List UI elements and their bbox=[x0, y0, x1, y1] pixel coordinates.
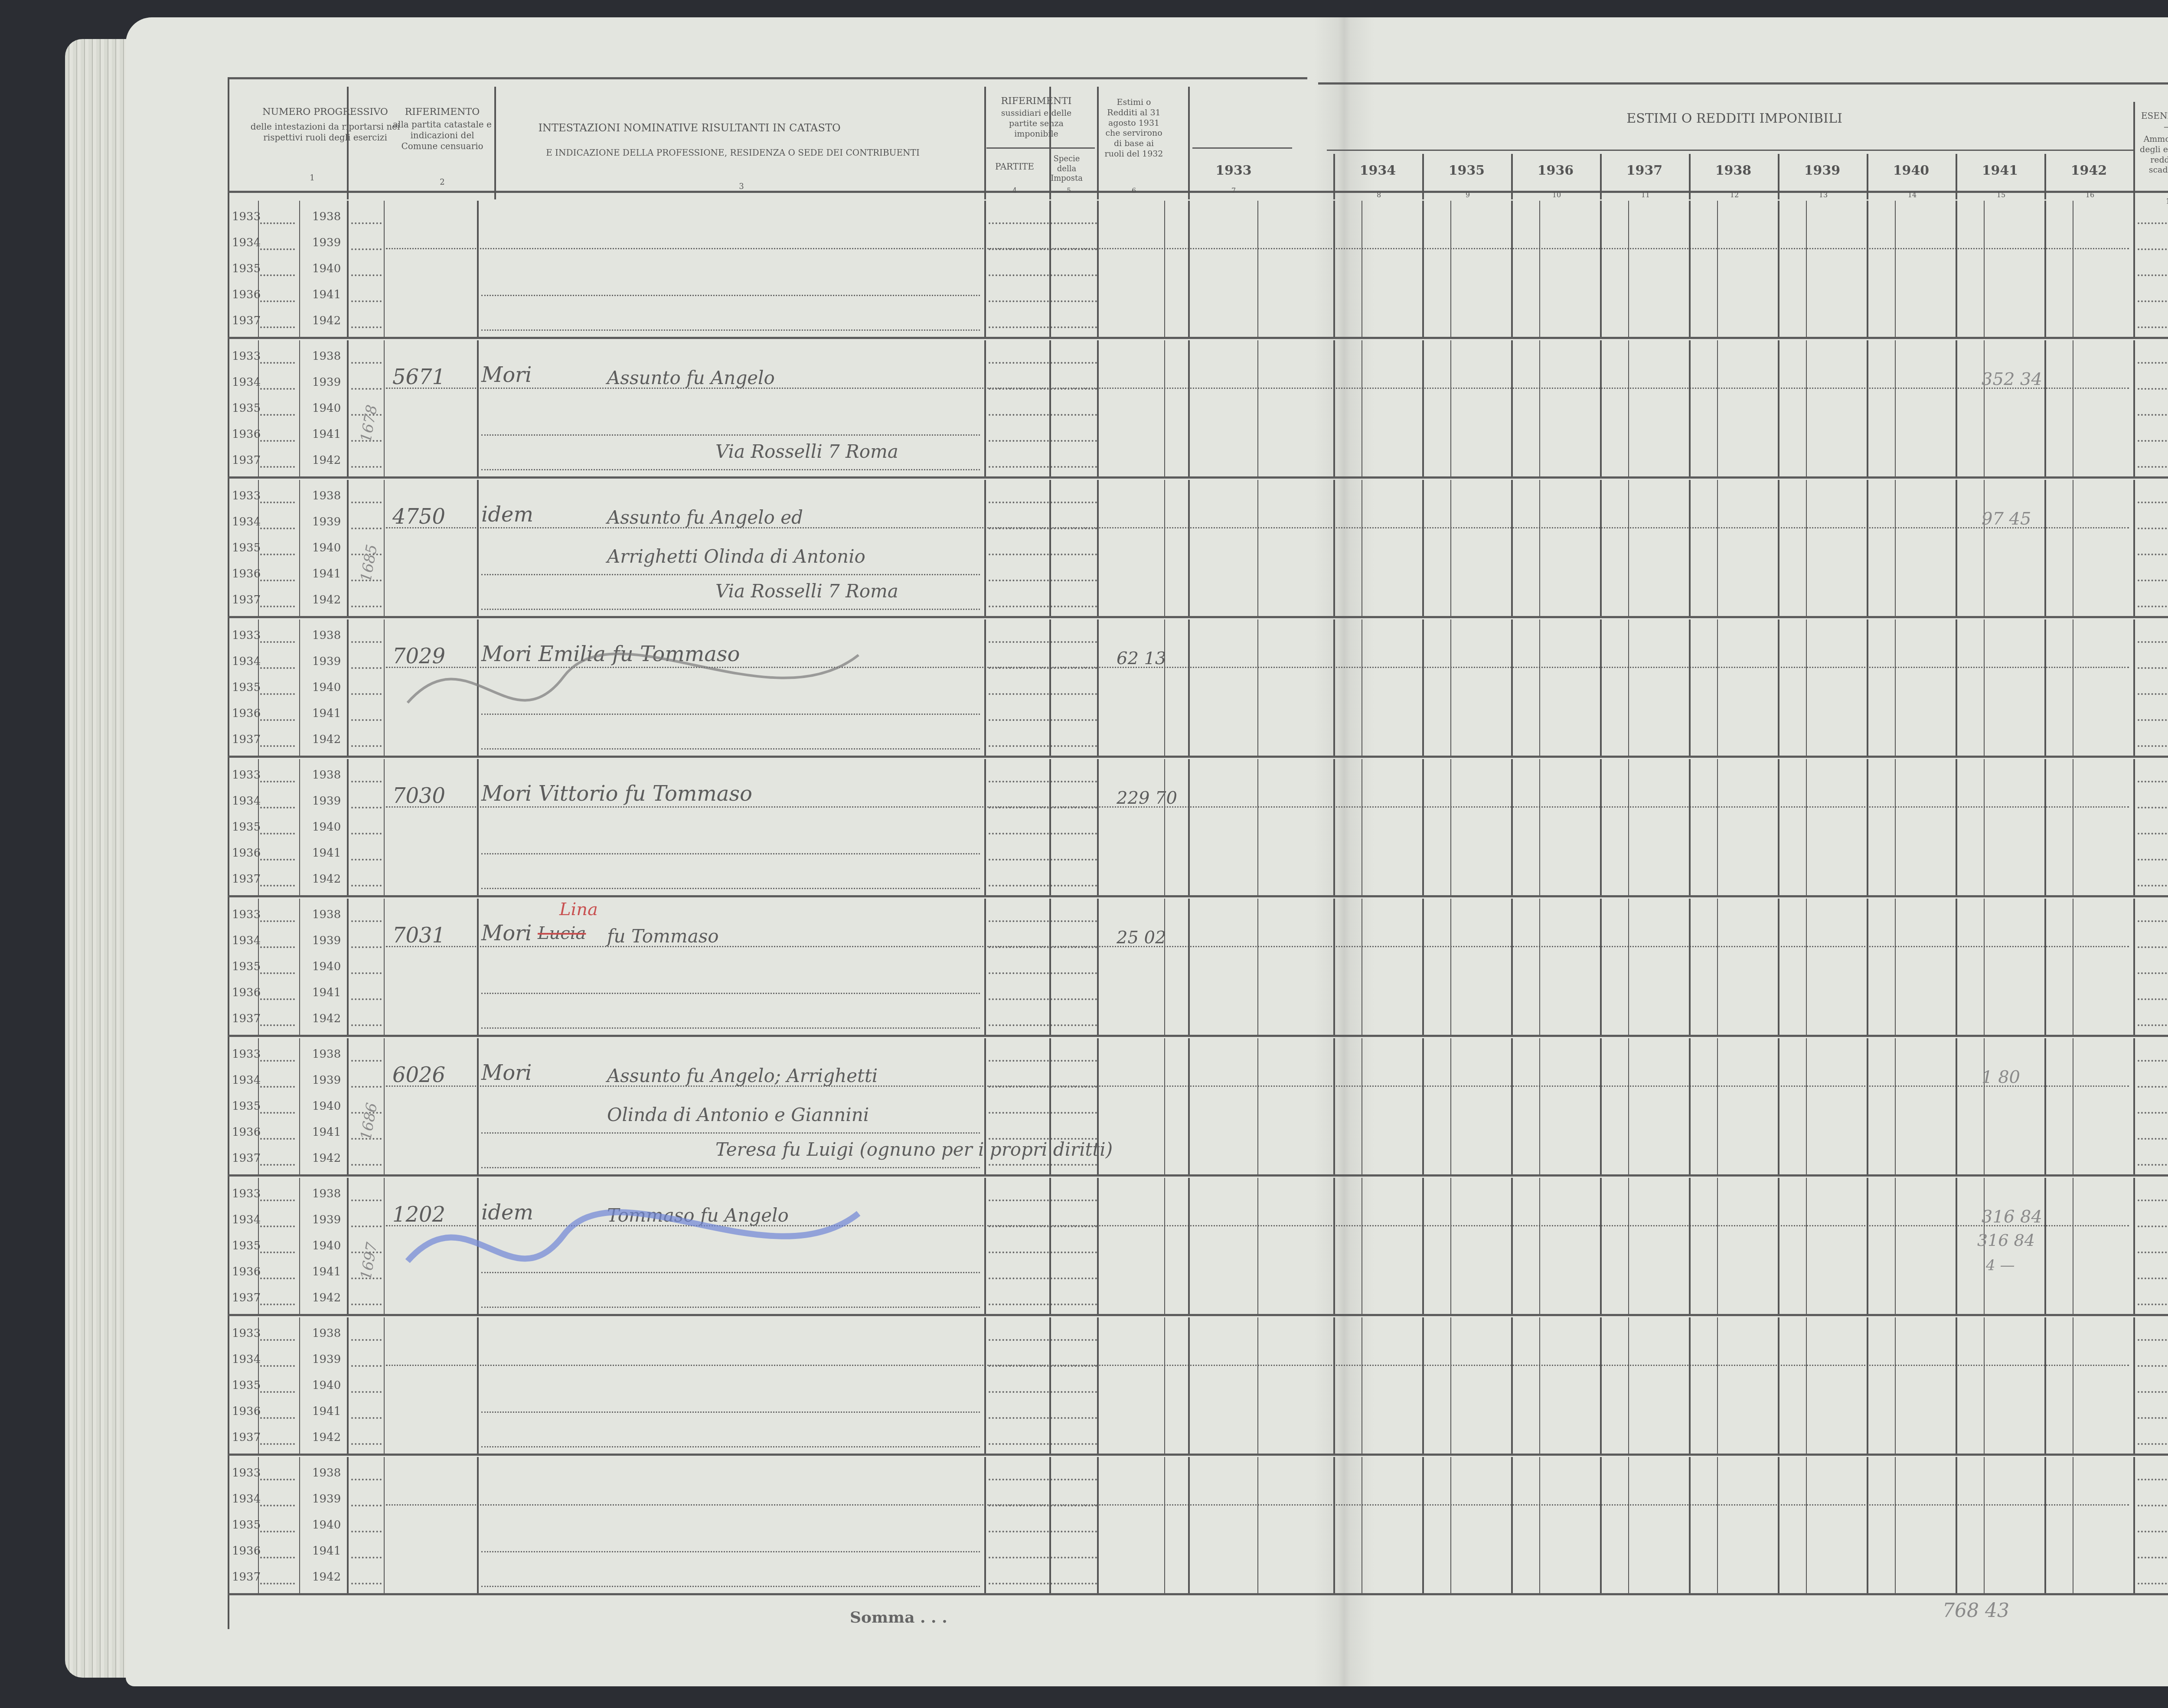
value-1941: 316 84 bbox=[1982, 1207, 2042, 1227]
year-left: 1934 bbox=[232, 376, 261, 389]
column-rule bbox=[1778, 480, 1779, 616]
column-rule bbox=[1539, 1457, 1540, 1593]
dotted-line bbox=[989, 1391, 1097, 1393]
column-rule bbox=[1956, 201, 1957, 337]
year-left: 1937 bbox=[232, 733, 261, 746]
dotted-line bbox=[351, 998, 382, 1000]
column-rule bbox=[1984, 759, 1985, 895]
dotted-line bbox=[260, 248, 295, 250]
dotted-line bbox=[351, 466, 382, 468]
year-right: 1938 bbox=[312, 1467, 341, 1480]
year-right: 1939 bbox=[312, 934, 341, 947]
year-left: 1933 bbox=[232, 629, 261, 642]
dotted-line bbox=[260, 781, 295, 782]
estimo-1932: 62 13 bbox=[1117, 649, 1166, 668]
column-rule bbox=[1422, 480, 1424, 616]
dotted-line bbox=[2138, 1200, 2168, 1201]
dotted-line bbox=[2138, 1443, 2168, 1445]
taxpayer-name: Mori Vittorio fu Tommaso bbox=[481, 782, 752, 806]
column-rule bbox=[1689, 480, 1691, 616]
dotted-line bbox=[2138, 1278, 2168, 1279]
dotted-line bbox=[2138, 528, 2168, 529]
dotted-line bbox=[989, 1252, 1097, 1253]
column-rule bbox=[1539, 1038, 1540, 1174]
col3-sub: E INDICAZIONE DELLA PROFESSIONE, RESIDEN… bbox=[494, 147, 971, 158]
column-rule bbox=[384, 899, 385, 1035]
year-left: 1937 bbox=[232, 1152, 261, 1165]
block-rule bbox=[228, 337, 2168, 339]
year-right: 1941 bbox=[312, 1405, 341, 1418]
column-rule bbox=[347, 619, 349, 756]
column-rule bbox=[1867, 899, 1868, 1035]
year-left: 1933 bbox=[232, 769, 261, 782]
column-rule bbox=[299, 1457, 300, 1593]
column-rule bbox=[1164, 1038, 1165, 1174]
year-right: 1940 bbox=[312, 541, 341, 554]
column-rule bbox=[2044, 1178, 2046, 1314]
column-rule bbox=[1097, 340, 1099, 476]
dotted-line bbox=[351, 1086, 382, 1088]
dotted-line bbox=[351, 693, 382, 695]
column-rule bbox=[1600, 201, 1602, 337]
column-rule bbox=[347, 1178, 349, 1314]
column-rule bbox=[1257, 480, 1258, 616]
dotted-line bbox=[351, 972, 382, 974]
column-rule bbox=[1806, 1038, 1807, 1174]
dotted-line bbox=[2138, 274, 2168, 276]
dotted-line bbox=[260, 745, 295, 747]
dotted-line bbox=[351, 1060, 382, 1062]
col17-num: 17 bbox=[2166, 197, 2168, 206]
dotted-line bbox=[989, 1531, 1097, 1532]
column-rule bbox=[384, 1317, 385, 1454]
partita-number: 5671 bbox=[392, 365, 445, 389]
entry-line-2 bbox=[481, 1132, 980, 1134]
column-rule bbox=[1049, 899, 1051, 1035]
dotted-line bbox=[260, 1086, 295, 1088]
strike-through-mark bbox=[382, 1174, 989, 1313]
dotted-line bbox=[260, 1200, 295, 1201]
entry-line-3 bbox=[481, 469, 980, 470]
entry-line-3 bbox=[481, 1027, 980, 1029]
dotted-line bbox=[989, 606, 1097, 607]
year-left: 1936 bbox=[232, 1265, 261, 1278]
column-rule bbox=[1984, 480, 1985, 616]
column-rule bbox=[1717, 1038, 1718, 1174]
dotted-line bbox=[260, 362, 295, 364]
dotted-line bbox=[260, 1304, 295, 1305]
column-rule bbox=[1689, 759, 1691, 895]
year-right: 1938 bbox=[312, 489, 341, 502]
year-right: 1940 bbox=[312, 681, 341, 694]
taxpayer-address: Via Rosselli 7 Roma bbox=[715, 441, 898, 462]
dotted-line bbox=[351, 1479, 382, 1480]
dotted-line bbox=[2138, 946, 2168, 948]
column-rule bbox=[1628, 201, 1629, 337]
dotted-line bbox=[260, 833, 295, 834]
column-rule bbox=[1257, 1457, 1258, 1593]
column-rule bbox=[984, 899, 986, 1035]
dotted-line bbox=[260, 1557, 295, 1558]
column-rule bbox=[1778, 619, 1779, 756]
column-rule bbox=[2044, 1317, 2046, 1454]
year-left: 1933 bbox=[232, 1187, 261, 1200]
col3-num: 3 bbox=[733, 182, 750, 192]
year-header-1940: 1940 bbox=[1869, 163, 1953, 179]
year-divider bbox=[1422, 154, 1424, 199]
year-left: 1936 bbox=[232, 1126, 261, 1139]
estimi-split bbox=[1327, 150, 2133, 151]
column-rule bbox=[1333, 1178, 1335, 1314]
year-right: 1939 bbox=[312, 236, 341, 249]
column-rule bbox=[1600, 619, 1602, 756]
column-rule bbox=[1257, 1178, 1258, 1314]
dotted-line bbox=[989, 1417, 1097, 1419]
column-rule bbox=[384, 759, 385, 895]
column-rule bbox=[1539, 619, 1540, 756]
column-rule bbox=[1333, 1038, 1335, 1174]
year-divider bbox=[2044, 154, 2046, 199]
year-col-num: 12 bbox=[1728, 191, 1741, 199]
dotted-line bbox=[2138, 1086, 2168, 1088]
column-rule bbox=[984, 480, 986, 616]
dotted-line bbox=[2138, 222, 2168, 224]
column-rule bbox=[384, 1457, 385, 1593]
dotted-line bbox=[260, 1479, 295, 1480]
column-rule bbox=[299, 480, 300, 616]
dotted-line bbox=[2138, 807, 2168, 808]
year-left: 1935 bbox=[232, 960, 261, 973]
year-right: 1939 bbox=[312, 1074, 341, 1087]
dotted-line bbox=[989, 719, 1097, 721]
dotted-line bbox=[989, 920, 1097, 922]
column-rule bbox=[1422, 1317, 1424, 1454]
header-divider bbox=[494, 87, 496, 199]
column-rule bbox=[2133, 201, 2135, 337]
taxpayer-address: Via Rosselli 7 Roma bbox=[715, 580, 898, 602]
column-rule bbox=[1362, 759, 1362, 895]
column-rule bbox=[1097, 1178, 1099, 1314]
column-rule bbox=[1717, 480, 1718, 616]
year-right: 1938 bbox=[312, 769, 341, 782]
column-rule bbox=[2073, 759, 2073, 895]
riferimenti-split bbox=[986, 147, 1095, 149]
strike-through-mark bbox=[382, 616, 989, 755]
col6-num: 6 bbox=[1130, 186, 1138, 195]
column-rule bbox=[1689, 1457, 1691, 1593]
dotted-line bbox=[2138, 719, 2168, 721]
column-rule bbox=[1895, 1317, 1896, 1454]
dotted-line bbox=[989, 362, 1097, 364]
column-rule bbox=[1867, 340, 1868, 476]
dotted-line bbox=[989, 1479, 1097, 1480]
dotted-line bbox=[351, 1391, 382, 1393]
column-rule bbox=[1984, 619, 1985, 756]
dotted-line bbox=[260, 222, 295, 224]
value-1941: 1 80 bbox=[1982, 1067, 2020, 1087]
column-rule bbox=[1717, 1317, 1718, 1454]
column-rule bbox=[1539, 759, 1540, 895]
dotted-line bbox=[989, 1304, 1097, 1305]
column-rule bbox=[1049, 1178, 1051, 1314]
dotted-line bbox=[260, 920, 295, 922]
column-rule bbox=[1628, 1178, 1629, 1314]
column-rule bbox=[1867, 1178, 1868, 1314]
dotted-line bbox=[2138, 466, 2168, 468]
partita-number: 7030 bbox=[392, 784, 445, 808]
year-right: 1940 bbox=[312, 960, 341, 973]
dotted-line bbox=[351, 807, 382, 808]
column-rule bbox=[1333, 201, 1335, 337]
column-rule bbox=[1333, 1457, 1335, 1593]
column-rule bbox=[258, 1457, 259, 1593]
column-rule bbox=[299, 1317, 300, 1454]
dotted-line bbox=[260, 388, 295, 390]
column-rule bbox=[1257, 1038, 1258, 1174]
dotted-line bbox=[2138, 326, 2168, 328]
column-rule bbox=[1539, 1317, 1540, 1454]
taxpayer-line-1: Assunto fu Angelo bbox=[607, 367, 775, 388]
year-left: 1933 bbox=[232, 489, 261, 502]
year-left: 1935 bbox=[232, 541, 261, 554]
dotted-line bbox=[989, 972, 1097, 974]
column-rule bbox=[1600, 759, 1602, 895]
column-rule bbox=[2133, 1038, 2135, 1174]
column-rule bbox=[1188, 619, 1190, 756]
dotted-line bbox=[2138, 1164, 2168, 1166]
column-rule bbox=[1689, 340, 1691, 476]
dotted-line bbox=[989, 1583, 1097, 1584]
column-rule bbox=[1188, 1178, 1190, 1314]
column-rule bbox=[477, 201, 479, 337]
column-rule bbox=[1188, 899, 1190, 1035]
column-rule bbox=[1257, 759, 1258, 895]
dotted-line bbox=[260, 300, 295, 302]
column-rule bbox=[299, 759, 300, 895]
taxpayer-name: Mori bbox=[481, 1061, 532, 1085]
column-rule bbox=[1956, 480, 1957, 616]
year-divider bbox=[1956, 154, 1957, 199]
dotted-line bbox=[351, 1226, 382, 1227]
year-left: 1934 bbox=[232, 1493, 261, 1506]
column-rule bbox=[1628, 1038, 1629, 1174]
block-rule bbox=[228, 1454, 2168, 1456]
year-right: 1939 bbox=[312, 655, 341, 668]
entry-line-3 bbox=[481, 329, 980, 331]
dotted-line bbox=[989, 440, 1097, 442]
column-rule bbox=[347, 480, 349, 616]
col17-divider bbox=[2133, 102, 2135, 202]
year-left: 1937 bbox=[232, 1291, 261, 1304]
dotted-line bbox=[351, 833, 382, 834]
column-rule bbox=[1806, 1178, 1807, 1314]
year-right: 1941 bbox=[312, 707, 341, 720]
year-right: 1941 bbox=[312, 847, 341, 860]
year-right: 1941 bbox=[312, 1545, 341, 1558]
dotted-line bbox=[351, 1365, 382, 1367]
column-rule bbox=[1717, 1178, 1718, 1314]
column-rule bbox=[1600, 1178, 1602, 1314]
year-right: 1940 bbox=[312, 1379, 341, 1392]
dotted-line bbox=[351, 274, 382, 276]
dotted-line bbox=[260, 1112, 295, 1114]
year-header-1942: 1942 bbox=[2047, 163, 2131, 179]
block-rule bbox=[228, 895, 2168, 897]
dotted-line bbox=[989, 998, 1097, 1000]
year-col-num: 13 bbox=[1817, 191, 1830, 199]
column-rule bbox=[2073, 1457, 2073, 1593]
dotted-line bbox=[2138, 388, 2168, 390]
dotted-line bbox=[260, 326, 295, 328]
year-left: 1933 bbox=[232, 350, 261, 363]
year-left: 1936 bbox=[232, 428, 261, 441]
dotted-line bbox=[989, 554, 1097, 555]
dotted-line bbox=[260, 1226, 295, 1227]
year-left: 1935 bbox=[232, 1379, 261, 1392]
dotted-line bbox=[2138, 833, 2168, 834]
dotted-line bbox=[989, 274, 1097, 276]
column-rule bbox=[2073, 480, 2073, 616]
dotted-line bbox=[260, 946, 295, 948]
col4-num: 4 bbox=[1010, 186, 1019, 195]
year-right: 1940 bbox=[312, 1100, 341, 1113]
column-rule bbox=[299, 340, 300, 476]
column-rule bbox=[1422, 759, 1424, 895]
column-rule bbox=[1257, 899, 1258, 1035]
column-rule bbox=[1164, 1457, 1165, 1593]
column-rule bbox=[984, 1457, 986, 1593]
column-rule bbox=[1450, 1317, 1451, 1454]
dotted-line bbox=[260, 693, 295, 695]
dotted-line bbox=[2138, 1479, 2168, 1480]
column-rule bbox=[1539, 340, 1540, 476]
column-rule bbox=[1539, 899, 1540, 1035]
year-right: 1941 bbox=[312, 1265, 341, 1278]
dotted-line bbox=[2138, 1557, 2168, 1558]
column-rule bbox=[1689, 201, 1691, 337]
dotted-line bbox=[351, 1024, 382, 1026]
column-rule bbox=[1717, 201, 1718, 337]
year-right: 1939 bbox=[312, 376, 341, 389]
column-rule bbox=[2133, 1178, 2135, 1314]
year-right: 1939 bbox=[312, 1353, 341, 1366]
taxpayer-name: Mori bbox=[481, 363, 532, 387]
column-rule bbox=[1511, 1178, 1513, 1314]
column-rule bbox=[1511, 480, 1513, 616]
column-rule bbox=[1164, 619, 1165, 756]
riferimenti-title: RIFERIMENTI bbox=[989, 95, 1084, 108]
dotted-line bbox=[2138, 554, 2168, 555]
dotted-line bbox=[2138, 1339, 2168, 1341]
column-rule bbox=[1867, 619, 1868, 756]
dotted-line bbox=[2138, 1024, 2168, 1026]
column-rule bbox=[1362, 1038, 1362, 1174]
column-rule bbox=[1049, 201, 1051, 337]
column-rule bbox=[1956, 759, 1957, 895]
column-rule bbox=[1778, 1457, 1779, 1593]
column-rule bbox=[477, 1038, 479, 1174]
dotted-line bbox=[351, 667, 382, 669]
year-right: 1942 bbox=[312, 733, 341, 746]
year-left: 1933 bbox=[232, 210, 261, 223]
column-rule bbox=[1511, 619, 1513, 756]
year-divider bbox=[1778, 154, 1779, 199]
dotted-line bbox=[989, 502, 1097, 503]
column-rule bbox=[1422, 1178, 1424, 1314]
column-rule bbox=[1628, 1317, 1629, 1454]
column-rule bbox=[1164, 480, 1165, 616]
column-rule bbox=[347, 1317, 349, 1454]
column-rule bbox=[258, 201, 259, 337]
column-rule bbox=[1628, 899, 1629, 1035]
year-left: 1935 bbox=[232, 402, 261, 415]
column-rule bbox=[2073, 899, 2073, 1035]
dotted-line bbox=[351, 1417, 382, 1419]
year-header-1939: 1939 bbox=[1780, 163, 1864, 179]
dotted-line bbox=[260, 1024, 295, 1026]
column-rule bbox=[1188, 759, 1190, 895]
column-rule bbox=[1511, 759, 1513, 895]
column-rule bbox=[1257, 340, 1258, 476]
year-right: 1941 bbox=[312, 1126, 341, 1139]
year-left: 1937 bbox=[232, 1571, 261, 1584]
column-rule bbox=[1164, 201, 1165, 337]
column-rule bbox=[2044, 480, 2046, 616]
column-rule bbox=[299, 619, 300, 756]
dotted-line bbox=[989, 1557, 1097, 1558]
dotted-line bbox=[260, 1505, 295, 1506]
column-rule bbox=[1362, 1317, 1362, 1454]
year-col-num: 16 bbox=[2083, 191, 2096, 199]
year-col-num: 11 bbox=[1639, 191, 1652, 199]
estimi-group-title: ESTIMI O REDDITI IMPONIBILI bbox=[1474, 111, 1995, 127]
year-right: 1942 bbox=[312, 1291, 341, 1304]
column-rule bbox=[347, 899, 349, 1035]
dotted-line bbox=[2138, 1583, 2168, 1584]
col7-num: 7 bbox=[1229, 186, 1238, 195]
column-rule bbox=[1097, 480, 1099, 616]
year-left: 1937 bbox=[232, 314, 261, 327]
column-rule bbox=[258, 899, 259, 1035]
year-left: 1936 bbox=[232, 288, 261, 301]
column-rule bbox=[984, 759, 986, 895]
dotted-line bbox=[260, 580, 295, 581]
col17-dash: — bbox=[2164, 121, 2168, 132]
dotted-line bbox=[2138, 440, 2168, 442]
dotted-line bbox=[989, 641, 1097, 643]
year-right: 1942 bbox=[312, 1012, 341, 1025]
year-left: 1937 bbox=[232, 1012, 261, 1025]
column-rule bbox=[299, 1178, 300, 1314]
column-rule bbox=[2073, 340, 2073, 476]
year-left: 1935 bbox=[232, 681, 261, 694]
column-rule bbox=[2133, 1317, 2135, 1454]
dotted-line bbox=[351, 946, 382, 948]
year-right: 1938 bbox=[312, 1048, 341, 1061]
dotted-line bbox=[2138, 998, 2168, 1000]
column-rule bbox=[1188, 1038, 1190, 1174]
year-left: 1937 bbox=[232, 454, 261, 467]
column-rule bbox=[1188, 1457, 1190, 1593]
column-rule bbox=[1362, 1178, 1362, 1314]
top-rule-left bbox=[228, 77, 1307, 79]
column-rule bbox=[1806, 340, 1807, 476]
left-border bbox=[228, 77, 229, 1629]
year-left: 1935 bbox=[232, 1239, 261, 1252]
year-right: 1939 bbox=[312, 1213, 341, 1226]
taxpayer-line-2: Olinda di Antonio e Giannini bbox=[607, 1104, 869, 1125]
dotted-line bbox=[989, 859, 1097, 861]
